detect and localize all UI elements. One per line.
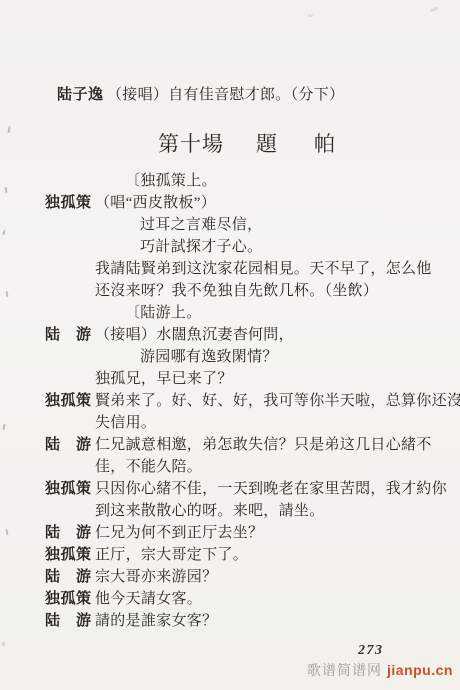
dialogue-continuation: 佳，不能久陪。	[0, 456, 460, 478]
opening-dialogue-line: 陆子逸（接唱）自有佳音慰才郎。（分下）	[57, 83, 344, 104]
verse-line: 游园哪有逸致閑情？	[0, 346, 460, 368]
dialogue-text: （接唱）自有佳音慰才郎。（分下）	[107, 87, 344, 103]
scan-artifact	[2, 642, 5, 646]
script-line: 独孤策正厅，宗大哥定下了。	[0, 544, 460, 566]
verse-line: 巧計試探才子心。	[0, 236, 460, 258]
scan-artifact	[430, 7, 439, 13]
dialogue-continuation: 还沒来呀？我不免独自先飲几杯。（坐飲）	[0, 280, 460, 302]
dialogue-text: 到这来散散心的呀。来吧，請坐。	[95, 503, 325, 519]
script-line: 陆 游仁兄为何不到正厅去坐？	[0, 522, 460, 544]
dialogue-text: 仁兄为何不到正厅去坐？	[95, 525, 263, 541]
script-line: 陆 游請的是誰家女客？	[0, 610, 460, 632]
script-line: 陆 游（接唱）水闊魚沉妻杳何問，	[0, 324, 460, 346]
script-line: 独孤策他今天請女客。	[0, 588, 460, 610]
scan-artifact	[308, 14, 313, 17]
dialogue-text: 只因你心緒不佳，一天到晚老在家里苦悶，我才約你	[95, 481, 447, 497]
dialogue-text: 仁兄誠意相邀，弟怎敢失信？只是弟这几日心緒不	[95, 437, 432, 453]
dialogue-text: 佳，不能久陪。	[95, 459, 202, 475]
scene-title-part: 題	[256, 132, 278, 156]
speaker-name: 独孤策	[45, 478, 91, 500]
verse-text: 游园哪有逸致閑情？	[140, 349, 278, 365]
speaker-name: 陆 游	[45, 610, 91, 632]
dialogue-continuation: 我請陆賢弟到这沈家花园相見。天不早了，怎么他	[0, 258, 460, 280]
stage-text: 〔陆游上。	[125, 305, 202, 321]
script-line: 独孤策賢弟来了。好、好、好，我可等你半天啦，总算你还沒	[0, 390, 460, 412]
speaker-name: 独孤策	[45, 390, 91, 412]
watermark-site-url: jianpu.cn	[387, 662, 453, 678]
dialogue-text: 失信用。	[95, 415, 156, 431]
scan-artifact	[7, 126, 10, 133]
speaker-name: 独孤策	[45, 588, 91, 610]
speaker-name: 陆子逸	[57, 83, 103, 104]
scene-title: 第十場題帕	[158, 128, 336, 158]
scanned-script-page: 陆子逸（接唱）自有佳音慰才郎。（分下） 第十場題帕 〔独孤策上。 独孤策（唱“西…	[0, 0, 460, 690]
verse-line: 过耳之言难尽信，	[0, 214, 460, 236]
speaker-name: 陆 游	[45, 566, 91, 588]
verse-text: 巧計試探才子心。	[140, 239, 262, 255]
speaker-name: 陆 游	[45, 324, 91, 346]
watermark: 歌谱简谱网jianpu.cn	[307, 660, 453, 680]
stage-direction: 〔独孤策上。	[0, 170, 460, 192]
script-body: 〔独孤策上。 独孤策（唱“西皮散板”） 过耳之言难尽信， 巧計試探才子心。 我請…	[0, 170, 460, 632]
script-line: 独孤策只因你心緒不佳，一天到晚老在家里苦悶，我才約你	[0, 478, 460, 500]
speaker-name: 独孤策	[45, 192, 91, 214]
dialogue-continuation: 独孤兄，早已来了？	[0, 368, 460, 390]
dialogue-text: 正厅，宗大哥定下了。	[95, 547, 248, 563]
dialogue-text: 还沒来呀？我不免独自先飲几杯。（坐飲）	[95, 283, 378, 299]
stage-direction: 〔陆游上。	[0, 302, 460, 324]
dialogue-text: 宗大哥亦来游园？	[95, 569, 217, 585]
watermark-site-name: 歌谱简谱网	[307, 662, 382, 678]
scene-title-part: 第十場	[158, 132, 224, 156]
page-number: 273	[358, 643, 384, 659]
speaker-name: 陆 游	[45, 522, 91, 544]
script-line: 陆 游仁兄誠意相邀，弟怎敢失信？只是弟这几日心緒不	[0, 434, 460, 456]
dialogue-continuation: 到这来散散心的呀。来吧，請坐。	[0, 500, 460, 522]
scene-title-part: 帕	[314, 132, 336, 156]
dialogue-text: 賢弟来了。好、好、好，我可等你半天啦，总算你还沒	[95, 393, 460, 409]
dialogue-text: 請的是誰家女客？	[95, 613, 217, 629]
stage-text: 〔独孤策上。	[125, 173, 217, 189]
verse-text: 过耳之言难尽信，	[140, 217, 262, 233]
script-line: 独孤策（唱“西皮散板”）	[0, 192, 460, 214]
speaker-name: 陆 游	[45, 434, 91, 456]
dialogue-text: （接唱）水闊魚沉妻杳何問，	[95, 327, 294, 343]
dialogue-text: 我請陆賢弟到这沈家花园相見。天不早了，怎么他	[95, 261, 432, 277]
dialogue-continuation: 失信用。	[0, 412, 460, 434]
script-line: 陆 游宗大哥亦来游园？	[0, 566, 460, 588]
dialogue-text: 独孤兄，早已来了？	[95, 371, 233, 387]
dialogue-text: （唱“西皮散板”）	[95, 195, 216, 211]
speaker-name: 独孤策	[45, 544, 91, 566]
dialogue-text: 他今天請女客。	[95, 591, 202, 607]
